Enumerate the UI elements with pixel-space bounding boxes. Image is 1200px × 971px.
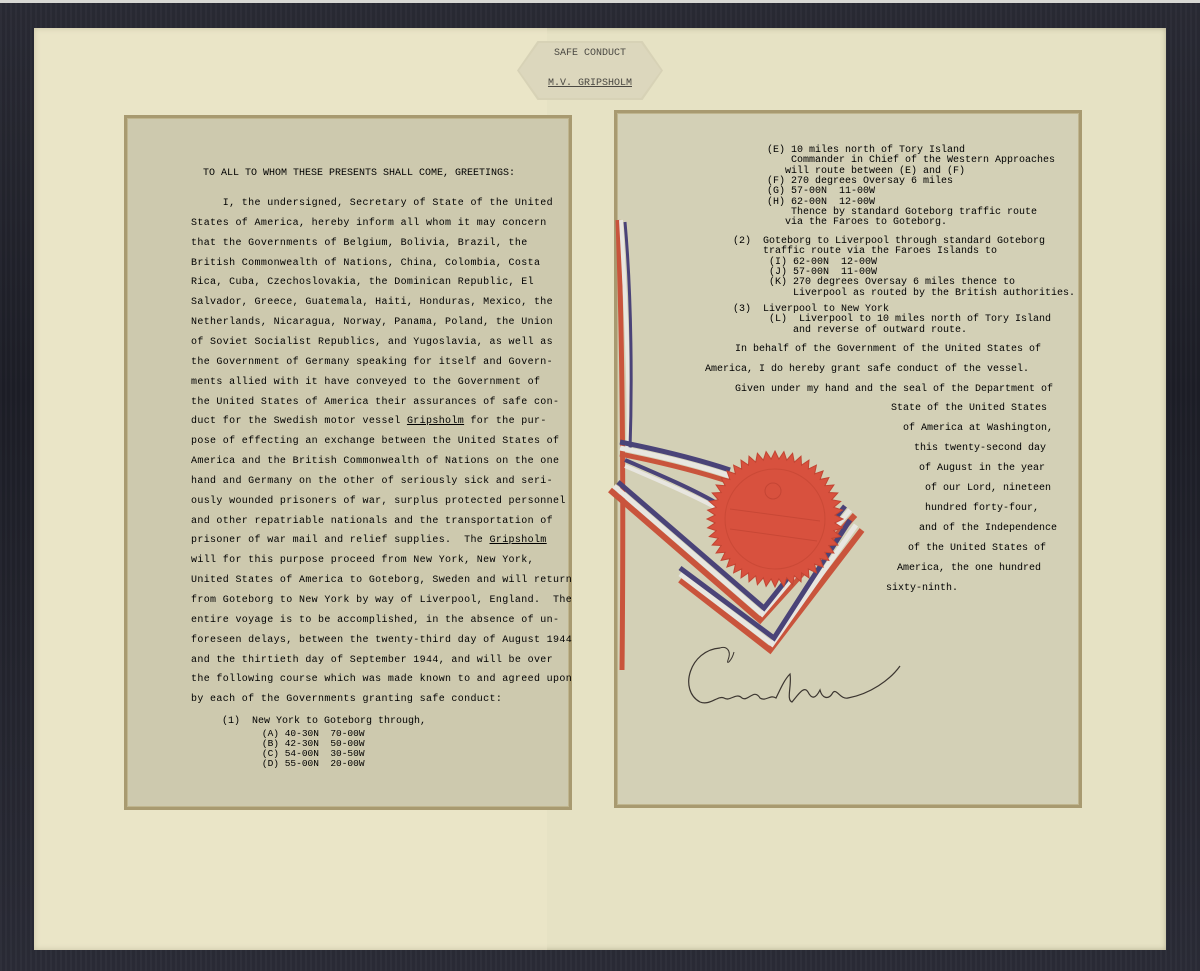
label-line-1: SAFE CONDUCT	[519, 48, 661, 59]
wax-seal-icon	[705, 449, 845, 589]
greeting-heading: TO ALL TO WHOM THESE PRESENTS SHALL COME…	[203, 168, 515, 179]
body-line: prisoner of war mail and relief supplies…	[191, 535, 547, 546]
body-line: from Goteborg to New York by way of Live…	[191, 595, 572, 606]
body-line: entire voyage is to be accomplished, in …	[191, 615, 559, 626]
body-line: pose of effecting an exchange between th…	[191, 436, 559, 447]
closing-line: of the United States of	[908, 543, 1046, 554]
body-line: the Government of Germany speaking for i…	[191, 357, 553, 368]
body-line: the United States of America their assur…	[191, 397, 559, 408]
closing-line: State of the United States	[891, 403, 1047, 414]
title-label: SAFE CONDUCT M.V. GRIPSHOLM	[519, 43, 661, 98]
route-line: (1) New York to Goteborg through,	[222, 716, 426, 727]
body-line: will for this purpose proceed from New Y…	[191, 555, 534, 566]
closing-line: sixty-ninth.	[886, 583, 958, 594]
body-line: the following course which was made know…	[191, 674, 572, 685]
body-line: ously wounded prisoners of war, surplus …	[191, 496, 566, 507]
body-line: ments allied with it have conveyed to th…	[191, 377, 540, 388]
ribbon-icon	[600, 210, 880, 680]
body-line: British Commonwealth of Nations, China, …	[191, 258, 540, 269]
vessel-name: Gripsholm	[490, 535, 547, 546]
signature	[680, 640, 910, 720]
body-line: hand and Germany on the other of serious…	[191, 476, 553, 487]
closing-line: this twenty-second day	[914, 443, 1046, 454]
closing-line: of our Lord, nineteen	[925, 483, 1051, 494]
body-line: I, the undersigned, Secretary of State o…	[191, 198, 553, 209]
vessel-name: Gripsholm	[407, 416, 464, 427]
label-line-2: M.V. GRIPSHOLM	[519, 78, 661, 89]
body-line: and the thirtieth day of September 1944,…	[191, 655, 553, 666]
route-line: (D) 55-00N 20-00W	[222, 758, 365, 769]
body-line: and other repatriable nationals and the …	[191, 516, 553, 527]
body-line: Salvador, Greece, Guatemala, Haiti, Hond…	[191, 297, 553, 308]
closing-line: of America at Washington,	[903, 423, 1053, 434]
body-line: by each of the Governments granting safe…	[191, 694, 502, 705]
body-line: duct for the Swedish motor vessel Gripsh…	[191, 416, 547, 427]
closing-line: of August in the year	[919, 463, 1045, 474]
body-line: of Soviet Socialist Republics, and Yugos…	[191, 337, 553, 348]
closing-line: and of the Independence	[919, 523, 1057, 534]
body-line: Rica, Cuba, Czechoslovakia, the Dominica…	[191, 277, 534, 288]
body-line: Netherlands, Nicaragua, Norway, Panama, …	[191, 317, 553, 328]
body-line: America and the British Commonwealth of …	[191, 456, 559, 467]
closing-line: America, the one hundred	[897, 563, 1041, 574]
body-line: United States of America to Goteborg, Sw…	[191, 575, 572, 586]
closing-line: hundred forty-four,	[925, 503, 1039, 514]
body-line: that the Governments of Belgium, Bolivia…	[191, 238, 528, 249]
body-line: foreseen delays, between the twenty-thir…	[191, 635, 572, 646]
body-line: States of America, hereby inform all who…	[191, 218, 547, 229]
